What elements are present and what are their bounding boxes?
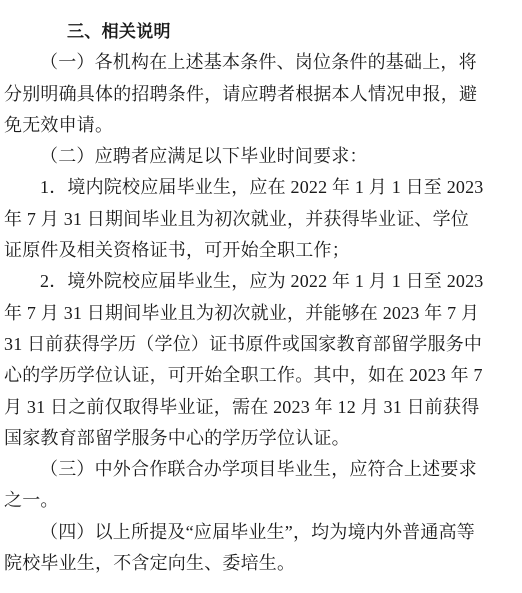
text-line: （四）以上所提及“应届毕业生”，均为境内外普通高等 (4, 517, 484, 548)
paragraph-graduation-time-intro: （二）应聘者应满足以下毕业时间要求： (4, 141, 484, 172)
text-line: 心的学历学位认证，可开始全职工作。其中，如在 2023 年 7 (4, 360, 484, 391)
text-line: 1．境内院校应届毕业生，应在 2022 年 1 月 1 日至 2023 (4, 172, 484, 203)
text-line: 院校毕业生，不含定向生、委培生。 (4, 548, 484, 579)
paragraph-domestic-graduates: 1．境内院校应届毕业生，应在 2022 年 1 月 1 日至 2023 年 7 … (4, 172, 484, 266)
text-line: （三）中外合作联合办学项目毕业生，应符合上述要求 (4, 454, 484, 485)
text-line: 年 7 月 31 日期间毕业且为初次就业，并能够在 2023 年 7 月 (4, 298, 484, 329)
text-line: 之一。 (4, 485, 484, 516)
paragraph-joint-program-graduates: （三）中外合作联合办学项目毕业生，应符合上述要求 之一。 (4, 454, 484, 517)
text-line: 证原件及相关资格证书，可开始全职工作； (4, 235, 484, 266)
text-line: 2．境外院校应届毕业生，应为 2022 年 1 月 1 日至 2023 (4, 266, 484, 297)
paragraph-fresh-graduate-definition: （四）以上所提及“应届毕业生”，均为境内外普通高等 院校毕业生，不含定向生、委培… (4, 517, 484, 580)
text-line: 31 日前获得学历（学位）证书原件或国家教育部留学服务中 (4, 329, 484, 360)
text-line: （一）各机构在上述基本条件、岗位条件的基础上，将 (4, 47, 484, 78)
document-page: 三、相关说明 （一）各机构在上述基本条件、岗位条件的基础上，将 分别明确具体的招… (0, 0, 522, 593)
text-line: 年 7 月 31 日期间毕业且为初次就业，并获得毕业证、学位 (4, 204, 484, 235)
text-line: 分别明确具体的招聘条件，请应聘者根据本人情况申报，避 (4, 79, 484, 110)
section-heading: 三、相关说明 (4, 16, 484, 47)
paragraph-overseas-graduates: 2．境外院校应届毕业生，应为 2022 年 1 月 1 日至 2023 年 7 … (4, 266, 484, 454)
text-line: 月 31 日之前仅取得毕业证，需在 2023 年 12 月 31 日前获得 (4, 392, 484, 423)
text-line: 免无效申请。 (4, 110, 484, 141)
text-line: （二）应聘者应满足以下毕业时间要求： (4, 141, 484, 172)
paragraph-basic-conditions: （一）各机构在上述基本条件、岗位条件的基础上，将 分别明确具体的招聘条件，请应聘… (4, 47, 484, 141)
text-line: 国家教育部留学服务中心的学历学位认证。 (4, 423, 484, 454)
